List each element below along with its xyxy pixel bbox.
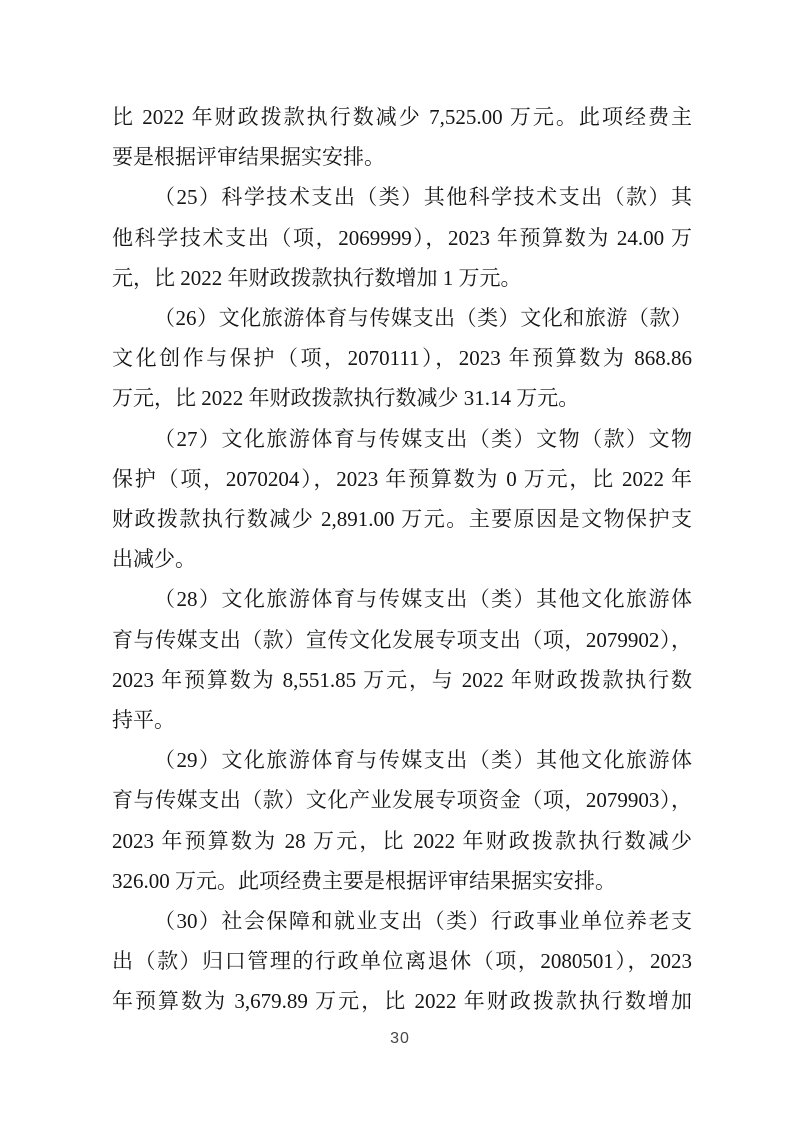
paragraph-item-30: （30）社会保障和就业支出（类）行政事业单位养老支 出（款）归口管理的行政单位离… bbox=[112, 901, 692, 1022]
text-line: 万元，比 2022 年财政拨款执行数减少 31.14 万元。 bbox=[112, 378, 692, 418]
text-line: 326.00 万元。此项经费主要是根据评审结果据实安排。 bbox=[112, 861, 692, 901]
paragraph-item-26: （26）文化旅游体育与传媒支出（类）文化和旅游（款） 文化创作与保护（项，207… bbox=[112, 298, 692, 419]
text-line: （25）科学技术支出（类）其他科学技术支出（款）其 bbox=[112, 177, 692, 217]
text-line: 年预算数为 3,679.89 万元，比 2022 年财政拨款执行数增加 bbox=[112, 981, 692, 1021]
text-line: （29）文化旅游体育与传媒支出（类）其他文化旅游体 bbox=[112, 740, 692, 780]
text-line: 出（款）归口管理的行政单位离退休（项，2080501），2023 bbox=[112, 941, 692, 981]
page-number: 30 bbox=[390, 1030, 410, 1047]
page-footer: 30 bbox=[0, 1030, 800, 1048]
paragraph-item-25: （25）科学技术支出（类）其他科学技术支出（款）其 他科学技术支出（项，2069… bbox=[112, 177, 692, 298]
text-line: 比 2022 年财政拨款执行数减少 7,525.00 万元。此项经费主 bbox=[112, 97, 692, 137]
text-line: 育与传媒支出（款）文化产业发展专项资金（项，2079903）， bbox=[112, 780, 692, 820]
text-line: 要是根据评审结果据实安排。 bbox=[112, 137, 692, 177]
text-line: 财政拨款执行数减少 2,891.00 万元。主要原因是文物保护支 bbox=[112, 499, 692, 539]
text-line: （27）文化旅游体育与传媒支出（类）文物（款）文物 bbox=[112, 419, 692, 459]
text-line: （26）文化旅游体育与传媒支出（类）文化和旅游（款） bbox=[112, 298, 692, 338]
text-line: （30）社会保障和就业支出（类）行政事业单位养老支 bbox=[112, 901, 692, 941]
text-line: （28）文化旅游体育与传媒支出（类）其他文化旅游体 bbox=[112, 579, 692, 619]
paragraph-item-29: （29）文化旅游体育与传媒支出（类）其他文化旅游体 育与传媒支出（款）文化产业发… bbox=[112, 740, 692, 901]
text-line: 育与传媒支出（款）宣传文化发展专项支出（项，2079902）， bbox=[112, 620, 692, 660]
paragraph-continuation: 比 2022 年财政拨款执行数减少 7,525.00 万元。此项经费主 要是根据… bbox=[112, 97, 692, 177]
text-line: 2023 年预算数为 8,551.85 万元，与 2022 年财政拨款执行数 bbox=[112, 660, 692, 700]
text-line: 持平。 bbox=[112, 700, 692, 740]
text-line: 元，比 2022 年财政拨款执行数增加 1 万元。 bbox=[112, 258, 692, 298]
text-line: 2023 年预算数为 28 万元，比 2022 年财政拨款执行数减少 bbox=[112, 821, 692, 861]
paragraph-item-28: （28）文化旅游体育与传媒支出（类）其他文化旅游体 育与传媒支出（款）宣传文化发… bbox=[112, 579, 692, 740]
text-line: 文化创作与保护（项，2070111），2023 年预算数为 868.86 bbox=[112, 338, 692, 378]
paragraph-item-27: （27）文化旅游体育与传媒支出（类）文物（款）文物 保护（项，2070204），… bbox=[112, 419, 692, 580]
document-body: 比 2022 年财政拨款执行数减少 7,525.00 万元。此项经费主 要是根据… bbox=[112, 97, 692, 1022]
text-line: 保护（项，2070204），2023 年预算数为 0 万元，比 2022 年 bbox=[112, 459, 692, 499]
text-line: 他科学技术支出（项，2069999），2023 年预算数为 24.00 万 bbox=[112, 218, 692, 258]
text-line: 出减少。 bbox=[112, 539, 692, 579]
document-page: 比 2022 年财政拨款执行数减少 7,525.00 万元。此项经费主 要是根据… bbox=[0, 0, 800, 1131]
